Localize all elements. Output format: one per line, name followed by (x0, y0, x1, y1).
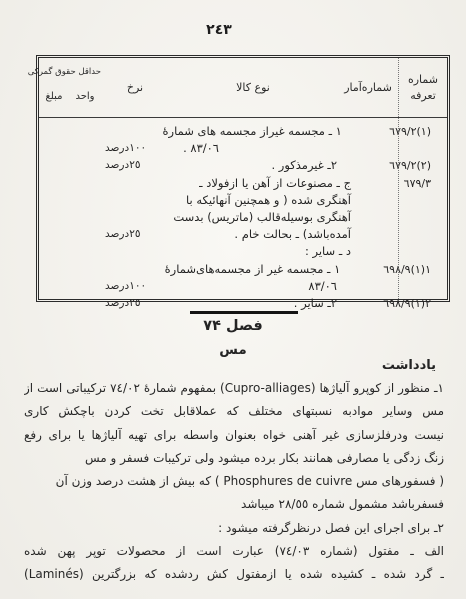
cell-rate: ١٠٠درصد (101, 140, 169, 157)
header-stat-number: شماره‌آمار (337, 58, 399, 117)
cell-goods: ج ـ مصنوعات از آهن یا ازفولاد ـ (169, 175, 351, 192)
header-tariff-line2: تعرفه (399, 90, 447, 102)
table-body: ٦٧٩/٢(١) ١ ـ مجسمه غیراز مجسمه های شمارۀ… (39, 118, 447, 312)
cell-stat-number: ٦٧٩/٢(٢) (337, 157, 447, 174)
note-line: ١ـ منظور از کوپرو آلیاژها (Cupro-alliage… (24, 377, 444, 400)
header-tariff-number: شماره تعرفه (399, 58, 447, 117)
note-line: ( فسفورهای مس Phosphures de cuivre ) که … (24, 470, 444, 493)
section-divider-rule (190, 311, 298, 314)
header-rate: نرخ (101, 58, 169, 117)
cell-rate: ٢٥درصد (101, 295, 169, 312)
note-line: ٢ـ برای اجرای این فصل درنظرگرفته میشود : (24, 517, 444, 540)
notes-paragraphs: ١ـ منظور از کوپرو آلیاژها (Cupro-alliage… (24, 377, 444, 587)
header-duty-subcolumns: واحد مبلغ (39, 91, 101, 102)
cell-goods: ٨٣/٠٦ . (169, 140, 337, 157)
cell-rate: ٢٥درصد (101, 157, 169, 174)
column-separator-dotted (398, 58, 399, 299)
page-number: ٢٤٣ (0, 22, 438, 38)
header-unit: واحد (75, 91, 94, 102)
header-goods-type: نوع کالا (169, 58, 337, 117)
table-row: ٦٩٨/٩(١)١ ١ ـ مجسمه غیر از مجسمه‌های‌شما… (39, 261, 447, 278)
note-line: الف ـ مفتول (شماره ٧٤/٠٣) عبارت است از م… (24, 540, 444, 563)
table-row: آهنگری بوسیله‌قالب (ماتریس) بدست (39, 209, 447, 226)
cell-goods: آهنگری بوسیله‌قالب (ماتریس) بدست (169, 209, 351, 226)
cell-rate: ١٠٠درصد (101, 278, 169, 295)
scanned-document-page: ٢٤٣ شماره تعرفه شماره‌آمار نوع کالا نرخ … (0, 0, 466, 599)
table-row: آهنگری شده ( و همچنین آنهائیکه با (39, 192, 447, 209)
table-row: ٨٣/٠٦ . ١٠٠درصد (39, 140, 447, 157)
note-heading: یادداشت (382, 358, 436, 373)
table-header: شماره تعرفه شماره‌آمار نوع کالا نرخ حداق… (39, 58, 447, 118)
cell-goods: د ـ سایر : (169, 243, 351, 260)
chapter-title: فصل ۷۴ (0, 318, 466, 334)
cell-goods: ٨٣/٠٦ (169, 278, 337, 295)
note-line: فسفرباشد مشمول شماره ٢٨/٥٥ میباشد (24, 493, 444, 516)
cell-goods: ١ ـ مجسمه غیر از مجسمه‌های‌شمارۀ (165, 261, 341, 278)
cell-goods: ٢ـ سایر . (169, 295, 337, 312)
header-min-customs-duty: حداقل حقوق گمرکی واحد مبلغ (39, 58, 101, 117)
chapter-subtitle: مس (0, 342, 466, 358)
cell-goods: ٢ـ غیرمذکور . (169, 157, 337, 174)
cell-stat-number: ٦٩٨/٩(١)١ (340, 261, 447, 278)
table-row: ٦٧٩/٢(١) ١ ـ مجسمه غیراز مجسمه های شمارۀ (39, 123, 447, 140)
cell-goods: ١ ـ مجسمه غیراز مجسمه های شمارۀ (163, 123, 342, 140)
header-min-duty-title: حداقل حقوق گمرکی (39, 67, 101, 77)
cell-rate: ٢٥درصد (101, 226, 169, 243)
cell-goods: آهنگری شده ( و همچنین آنهائیکه با (169, 192, 351, 209)
table-row: ٦٩٨/٩(١)٢ ٢ـ سایر . ٢٥درصد (39, 295, 447, 312)
table-row: ٦٧٩/٣ ج ـ مصنوعات از آهن یا ازفولاد ـ (39, 175, 447, 192)
table-row: ٦٧٩/٢(٢) ٢ـ غیرمذکور . ٢٥درصد (39, 157, 447, 174)
note-line: مس وسایر موادبه نسبتهای مختلف که عملاقاب… (24, 400, 444, 423)
table-row: د ـ سایر : (39, 243, 447, 260)
cell-stat-number: ٦٩٨/٩(١)٢ (337, 295, 447, 312)
header-tariff-line1: شماره (399, 74, 447, 86)
note-line: نیست ودرفلزسازی غیر آهنی خواه بعنوان واس… (24, 424, 444, 447)
note-line: زنگ زدگی یا مصارفی همانند بکار برده میشو… (24, 447, 444, 470)
table-row: آمده‌باشد) ـ بحالت خام . ٢٥درصد (39, 226, 447, 243)
header-amount: مبلغ (45, 91, 62, 102)
table-row: ٨٣/٠٦ ١٠٠درصد (39, 278, 447, 295)
cell-goods: آمده‌باشد) ـ بحالت خام . (169, 226, 351, 243)
cell-stat-number: ٦٧٩/٢(١) (342, 123, 447, 140)
note-line: ـ گرد شده ـ کشیده شده یا ازمفتول کش ردشد… (24, 563, 444, 586)
tariff-table: شماره تعرفه شماره‌آمار نوع کالا نرخ حداق… (36, 55, 450, 302)
cell-stat-number: ٦٧٩/٣ (337, 175, 447, 192)
